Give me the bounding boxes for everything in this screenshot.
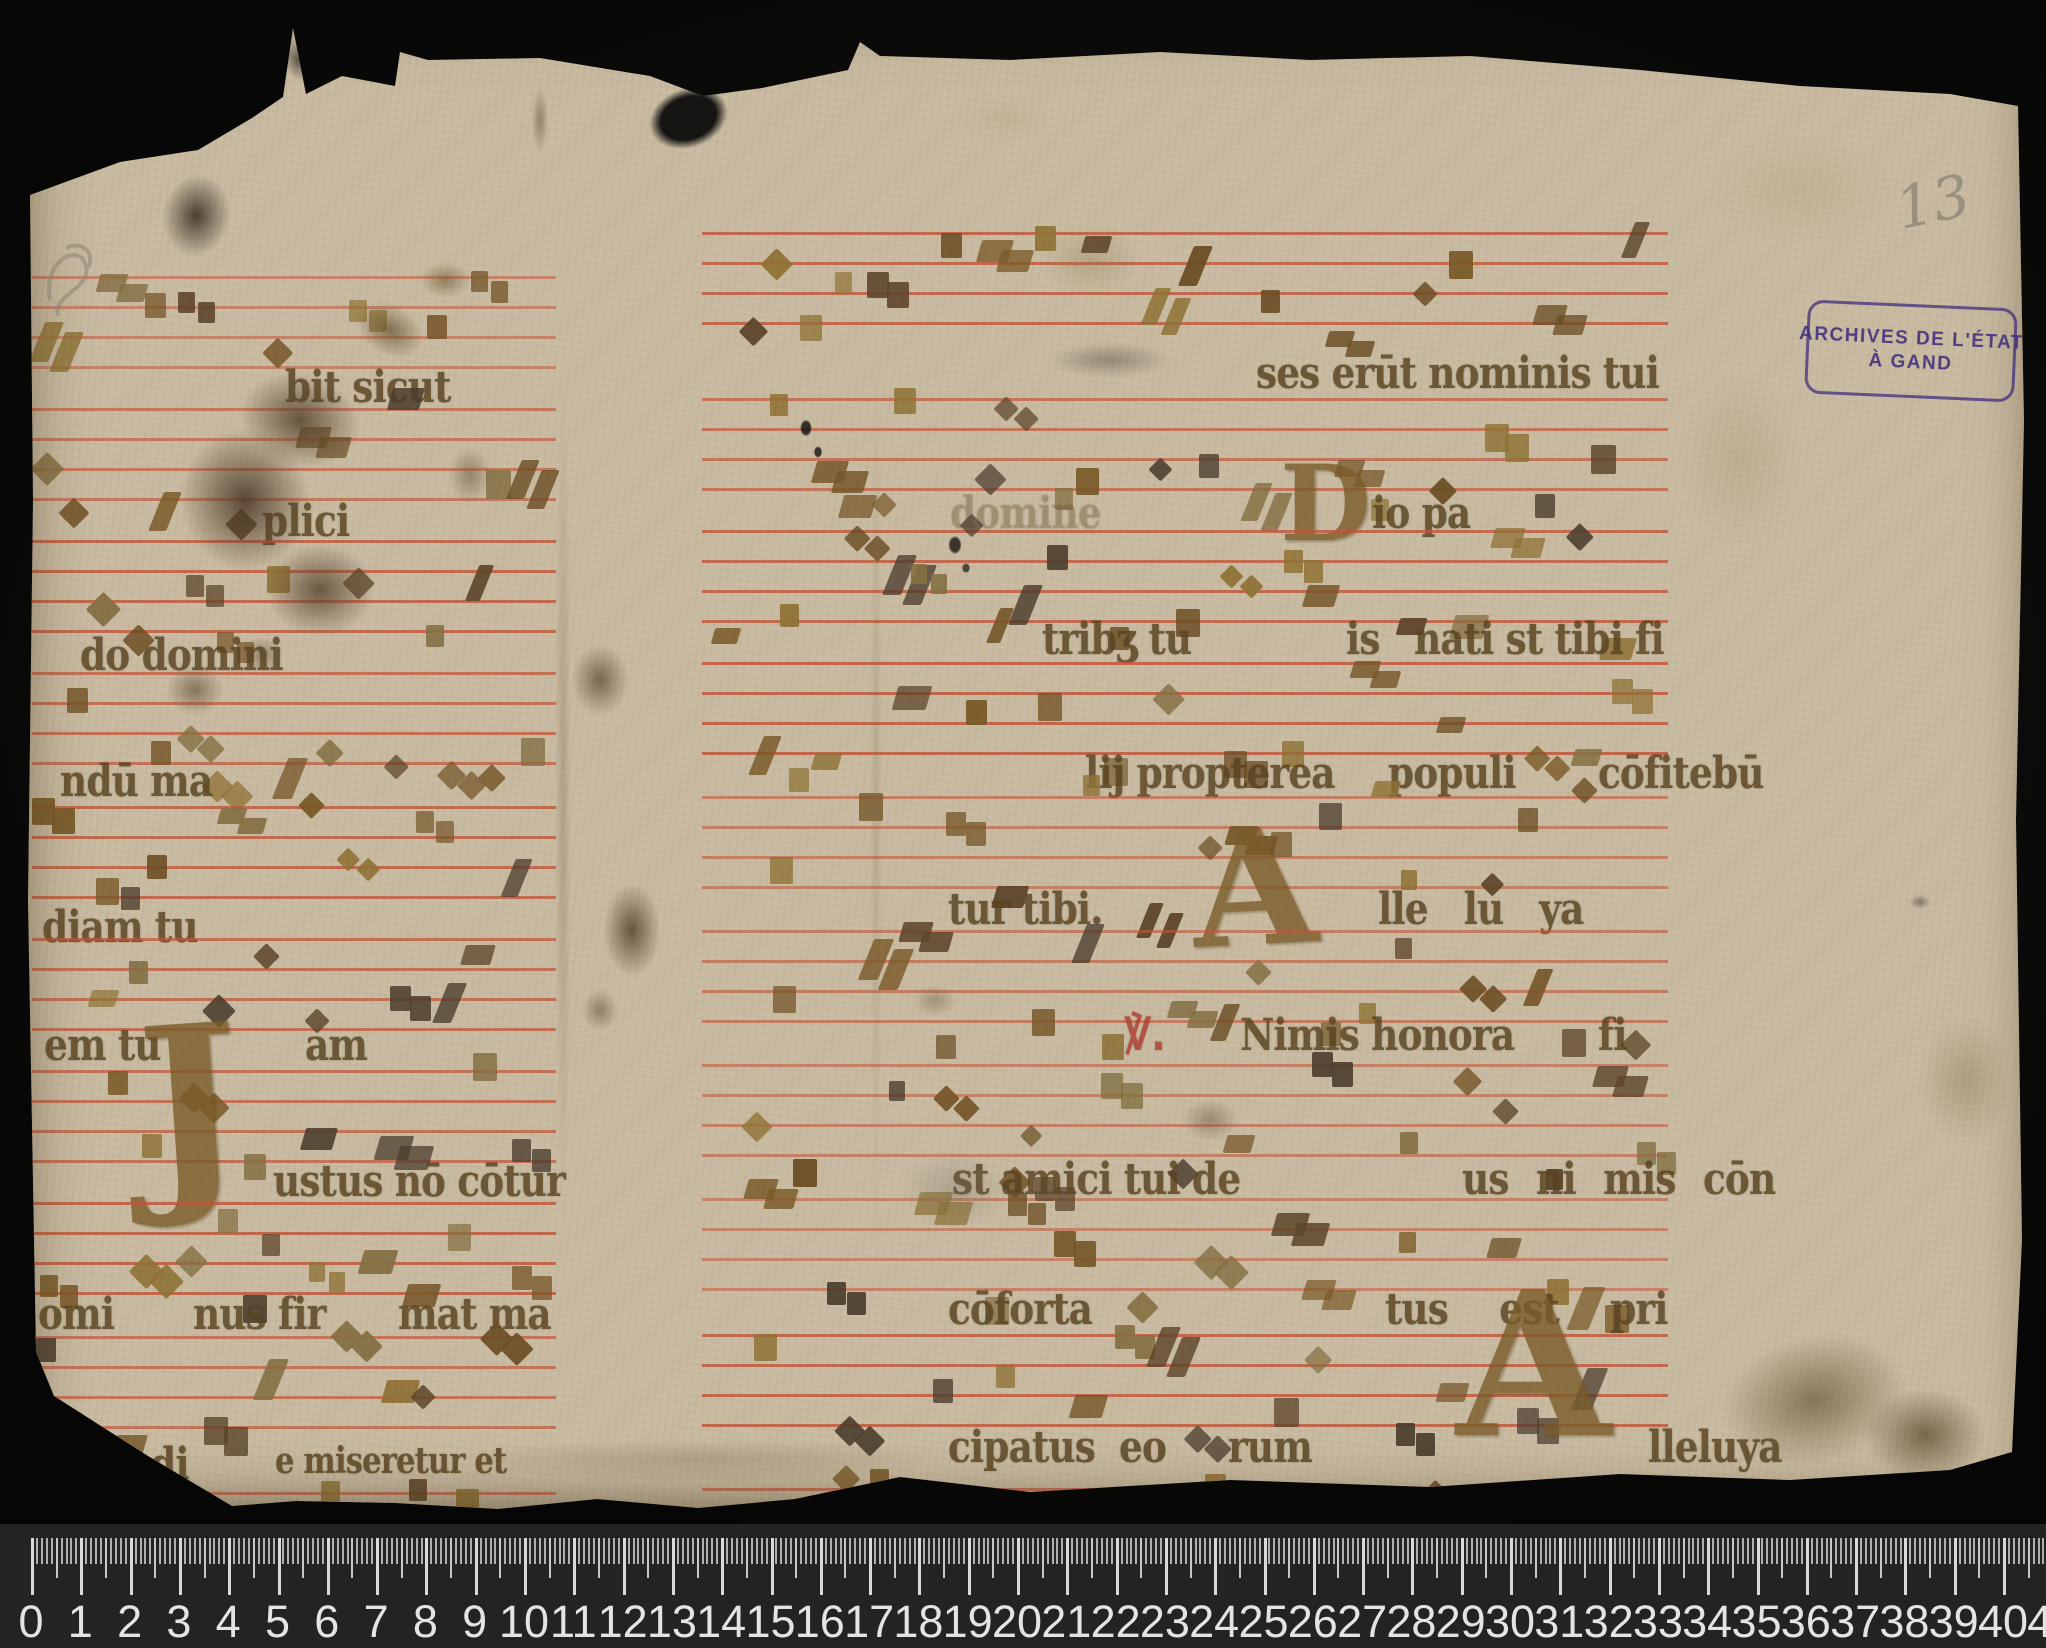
ruler-tick [1830,1538,1832,1578]
ruler-tick [1623,1538,1625,1564]
neume [1321,1290,1357,1310]
ruler-tick [1032,1538,1034,1564]
ruler-tick [1195,1538,1197,1564]
ruler-tick [869,1538,872,1595]
ruler-tick [1727,1538,1729,1564]
ruler-tick [149,1538,151,1564]
neume [460,945,496,965]
music-staff [702,662,1668,755]
ruler-tick [1909,1538,1911,1564]
neume [409,1479,427,1501]
ruler-tick [440,1538,442,1564]
ruler-tick [1106,1538,1108,1564]
ruler-tick [1619,1538,1621,1564]
ruler-tick [736,1538,738,1564]
stain [271,26,325,94]
ruler-tick [835,1538,837,1564]
neume [224,1427,248,1455]
ruler-tick [618,1538,620,1564]
chant-text: omi [38,1293,114,1337]
ruler-tick [391,1538,393,1564]
neume [321,1481,340,1504]
ruler-tick [968,1538,971,1595]
neume [996,1365,1015,1388]
ruler-tick [1283,1538,1285,1564]
chant-text: rum [1228,1426,1312,1470]
neume [456,1489,479,1516]
neume [800,315,822,341]
ruler-tick [366,1538,368,1564]
neume [267,566,290,593]
ruler-tick [785,1538,787,1564]
ruler-tick [455,1538,457,1564]
ruler-tick [1268,1538,1270,1564]
ruler-tick [1712,1538,1714,1564]
chant-text: ℣. [1124,1014,1165,1058]
ruler-tick [199,1538,201,1564]
ruler-tick [179,1538,182,1595]
neume [838,495,878,518]
ruler-tick [184,1538,186,1564]
ruler-tick [1101,1538,1103,1564]
chant-text: nus fir [193,1293,326,1337]
ruler-tick [1806,1538,1809,1595]
ruler-tick [1165,1538,1168,1595]
ruler-tick [1397,1538,1399,1564]
ruler-tick [1515,1538,1517,1564]
ruler-tick [282,1538,284,1564]
neume [115,284,149,302]
chant-text: ota di [74,1443,189,1487]
neume [387,388,425,410]
ruler-tick [425,1538,428,1595]
ruler-tick [909,1538,911,1564]
neume [835,272,852,293]
ruler-tick [41,1538,43,1564]
ruler-tick [1959,1538,1961,1564]
ruler-tick [628,1538,630,1564]
ruler-tick [741,1538,743,1564]
ruler-tick [1988,1538,1990,1564]
stain [528,75,552,165]
neume [1416,1433,1435,1456]
ruler-tick [1845,1538,1847,1564]
ruler-tick [297,1538,299,1564]
ruler-tick [825,1538,827,1564]
stain [1905,892,1935,912]
neume [1284,550,1303,573]
ruler-tick [820,1538,823,1595]
ruler-tick [1357,1538,1359,1564]
folio-number: 13 [1890,161,1976,243]
neume [1518,808,1538,832]
ruler-tick [1638,1538,1640,1564]
ruler-tick [1066,1538,1069,1595]
ruler-tick [849,1538,851,1564]
neume [1562,1029,1586,1057]
ruler-tick [56,1538,58,1578]
ruler-tick [1855,1538,1858,1595]
neume [36,1338,56,1362]
ruler-tick [1342,1538,1344,1564]
ruler-tick [287,1538,289,1564]
ruler-tick [258,1538,260,1564]
measurement-ruler: 0123456789101112131415161718192021222324… [0,1524,2046,1648]
ruler-tick [1796,1538,1798,1564]
neume [867,272,889,298]
ruler-tick [1140,1538,1142,1578]
ruler-tick [1160,1538,1162,1564]
ruler-tick [923,1538,925,1564]
ruler-tick [647,1538,649,1578]
chant-text: us ni mis cōn [1462,1158,1775,1202]
ruler-tick [534,1538,536,1564]
ruler-tick [726,1538,728,1564]
ruler-tick [1752,1538,1754,1564]
neume [416,811,434,833]
ruler-tick [1683,1538,1685,1578]
ruler-tick [1047,1538,1049,1564]
ruler-tick [1599,1538,1601,1564]
stain [139,150,253,280]
neume [349,300,367,322]
ruler-tick [879,1538,881,1564]
ruler-tick [958,1538,960,1564]
chant-text: mat ma [398,1293,551,1337]
ruler-tick [233,1538,235,1564]
ruler-tick [1747,1538,1749,1564]
neume [1069,1395,1108,1418]
chant-text: ndū ma [60,760,212,804]
ruler-tick [342,1538,344,1564]
ruler-tick [2023,1538,2025,1564]
ruler-tick [70,1538,72,1564]
ruler-tick [775,1538,777,1564]
ruler-tick [1224,1538,1226,1564]
ruler-tick [61,1538,63,1564]
neume [1261,290,1280,313]
ruler-tick [90,1538,92,1564]
neume [1436,717,1467,733]
ruler-tick [263,1538,265,1564]
ruler-tick [2038,1538,2040,1564]
ruler-tick [386,1538,388,1564]
neume [1395,938,1412,959]
ruler-tick [371,1538,373,1564]
ruler-tick [421,1538,423,1564]
ruler-tick [1692,1538,1694,1564]
ruler-tick [347,1538,349,1564]
ruler-tick [1175,1538,1177,1564]
ruler-tick [46,1538,48,1564]
ruler-tick [1559,1538,1562,1595]
neume [1400,1132,1418,1154]
ruler-tick [1308,1538,1310,1564]
neume [911,564,927,584]
ruler-tick [494,1538,496,1564]
ruler-tick [1840,1538,1842,1564]
stain [1900,990,2030,1170]
neume [309,1262,325,1282]
ruler-tick [830,1538,832,1564]
ruler-tick [1313,1538,1316,1595]
neume [933,1379,953,1403]
ruler-tick [1964,1538,1966,1564]
ruler-tick [465,1538,467,1564]
ruler-tick [1954,1538,1957,1595]
ruler-tick [396,1538,398,1564]
ruler-tick [1554,1538,1556,1564]
ruler-tick [248,1538,250,1564]
ruler-tick [1983,1538,1985,1564]
ruler-tick [1421,1538,1423,1564]
neume [1121,1083,1143,1109]
ruler-tick [840,1538,842,1564]
neume [1032,1009,1055,1036]
stain [945,90,1065,150]
ruler-tick [1648,1538,1650,1564]
neume [1370,671,1401,688]
pen-trial-marks [36,238,106,318]
ruler-tick [1461,1538,1464,1595]
ruler-tick [623,1538,626,1595]
neume [827,1282,846,1305]
neume [831,471,869,493]
neume [186,575,204,597]
stain [592,865,672,995]
ruler-tick [667,1538,669,1564]
ruler-tick [1239,1538,1241,1578]
ruler-tick [356,1538,358,1564]
ruler-tick [1347,1538,1349,1564]
ruler-tick [1944,1538,1946,1564]
ruler-label: 41 [2004,1596,2046,1648]
chant-text: am [305,1024,367,1068]
neume [427,315,447,339]
neume [889,1081,905,1101]
ruler-tick [573,1538,576,1595]
ruler-tick [687,1538,689,1564]
ruler-tick [1791,1538,1793,1564]
ruler-tick [1416,1538,1418,1564]
ruler-tick [1924,1538,1926,1564]
ruler-tick [135,1538,137,1564]
ruler-tick [1288,1538,1290,1578]
neume [67,688,88,713]
neume [512,1266,532,1290]
ruler-tick [1382,1538,1384,1564]
ruler-tick [1579,1538,1581,1564]
ruler-tick [1204,1538,1206,1564]
chant-text: ses erūt nominis tui [1256,352,1659,396]
ruler-tick [1663,1538,1665,1564]
ruler-tick [140,1538,142,1564]
neume [966,700,987,725]
ruler-tick [1150,1538,1152,1564]
ruler-tick [209,1538,211,1564]
ruler-tick [1214,1538,1217,1595]
neume [244,1154,266,1180]
neume [390,986,411,1011]
ruler-tick [1850,1538,1852,1564]
ruler-tick [36,1538,38,1564]
neume [1081,236,1113,253]
ruler-tick [997,1538,999,1564]
ruler-tick [539,1538,541,1564]
ruler-tick [1229,1538,1231,1564]
ruler-tick [1914,1538,1916,1564]
ruler-tick [1678,1538,1680,1564]
ruler-tick [1707,1538,1710,1595]
ruler-tick [874,1538,876,1564]
ruler-tick [1431,1538,1433,1564]
ruler-tick [529,1538,531,1564]
ruler-tick [1451,1538,1453,1564]
neume [1074,1241,1096,1267]
archives-stamp: ARCHIVES DE L'ÉTAT À GAND [1804,299,2018,402]
neume [892,686,933,710]
ruler-tick [2013,1538,2015,1564]
ruler-tick [268,1538,270,1564]
ruler-tick [1520,1538,1522,1564]
neume [178,292,195,313]
neume [931,574,947,594]
ruler-tick [1056,1538,1058,1564]
ruler-tick [1742,1538,1744,1564]
stain [575,980,625,1040]
ruler-tick [1564,1538,1566,1564]
neume [1312,1052,1333,1077]
ruler-tick [66,1538,68,1564]
ruler-tick [519,1538,521,1564]
ruler-tick [1086,1538,1088,1564]
ruler-tick [75,1538,77,1564]
neume [206,585,224,607]
ruler-tick [164,1538,166,1564]
stain [1025,335,1195,385]
neume [1319,803,1342,830]
ruler-tick [499,1538,501,1578]
ruler-tick [1096,1538,1098,1564]
ruler-tick [983,1538,985,1564]
ruler-tick [1973,1538,1975,1564]
ruler-tick [351,1538,353,1578]
ruler-tick [406,1538,408,1564]
ruler-tick [1865,1538,1867,1564]
ruler-tick [914,1538,916,1564]
neume [1205,1474,1226,1499]
ruler-tick [544,1538,546,1564]
ruler-tick [1121,1538,1123,1564]
neume [147,855,167,879]
music-staff [702,1064,1668,1157]
ruler-tick [278,1538,281,1595]
stain [1669,1285,1961,1515]
ruler-tick [1766,1538,1768,1564]
ruler-tick [376,1538,379,1595]
neume [1505,434,1529,462]
ruler-tick [115,1538,117,1564]
ruler-tick [1377,1538,1379,1564]
ruler-tick [1633,1538,1635,1578]
ruler-tick [435,1538,437,1564]
ruler-tick [332,1538,334,1564]
ruler-tick [1273,1538,1275,1564]
ruler-tick [189,1538,191,1564]
ruler-tick [1081,1538,1083,1564]
ruler-tick [904,1538,906,1564]
ruler-tick [578,1538,580,1564]
ruler-tick [1673,1538,1675,1564]
ruler-tick [751,1538,753,1564]
ruler-tick [1071,1538,1073,1564]
ruler-tick [1776,1538,1778,1564]
neume [1552,315,1588,335]
ruler-tick [1835,1538,1837,1564]
neume [83,1499,106,1526]
ruler-tick [1594,1538,1596,1564]
ruler-tick [322,1538,324,1564]
ruler-tick [243,1538,245,1564]
ruler-tick [563,1538,565,1564]
ruler-tick [1219,1538,1221,1564]
neume [218,1209,238,1233]
ruler-tick [204,1538,206,1578]
ruler-tick [105,1538,107,1578]
ruler-tick [559,1538,561,1564]
ruler-tick [583,1538,585,1564]
ruler-tick [568,1538,570,1564]
ruler-tick [213,1538,215,1564]
neume [1038,693,1062,721]
neume [1438,1490,1473,1525]
neume [1055,1187,1075,1211]
neume [946,812,966,836]
stain [1840,1370,2010,1500]
ruler-tick [598,1538,600,1578]
ruler-tick [1821,1538,1823,1564]
ruler-tick [844,1538,846,1578]
ruler-tick [1653,1538,1655,1564]
neume [1511,538,1546,558]
neume [1591,445,1616,474]
ruler-tick [766,1538,768,1564]
ruler-tick [1185,1538,1187,1564]
ruler-tick [1584,1538,1586,1578]
ruler-tick [1993,1538,1995,1564]
ruler-tick [1939,1538,1941,1564]
ruler-tick [1658,1538,1661,1595]
ruler-tick [662,1538,664,1564]
ruler-tick [948,1538,950,1564]
ruler-tick [1323,1538,1325,1564]
ruler-tick [1254,1538,1256,1564]
neume [1626,1477,1658,1509]
ruler-tick [652,1538,654,1564]
neume [887,282,909,308]
ruler-tick [1456,1538,1458,1564]
ruler-tick [593,1538,595,1564]
ruler-tick [613,1538,615,1564]
ruler-tick [702,1538,704,1564]
neume [918,932,954,952]
neume [859,793,883,821]
ruler-tick [1022,1538,1024,1564]
ruler-tick [1505,1538,1507,1564]
ruler-tick [100,1538,102,1564]
neume [789,768,809,792]
ruler-tick [1485,1538,1487,1578]
